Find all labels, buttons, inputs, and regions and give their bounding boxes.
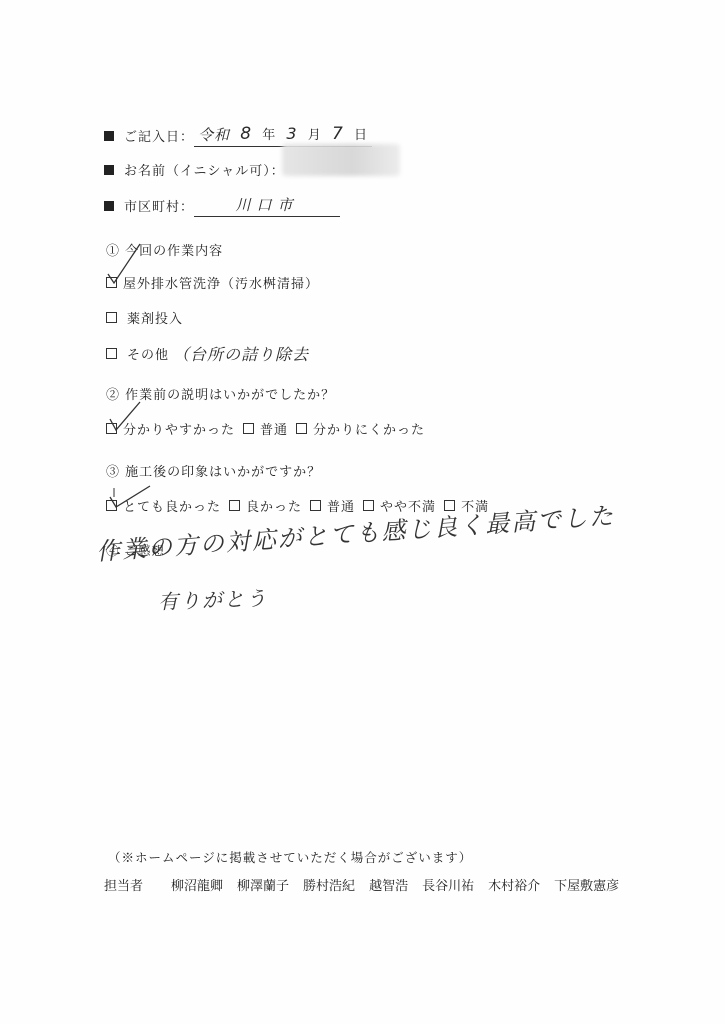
q3-option-3-label: 普通 <box>327 496 355 515</box>
checkbox-unchecked[interactable] <box>363 500 374 511</box>
bullet-square-icon <box>104 165 114 175</box>
q3-option-2-label: 良かった <box>246 496 302 515</box>
staff-name: 下屋敷憲彦 <box>554 875 619 894</box>
city-row: 市区町村： 川口市 <box>104 194 340 217</box>
date-month-unit: 月 <box>308 124 322 145</box>
q1-other-handwritten[interactable]: （台所の詰り除去 <box>173 342 309 365</box>
q4-comment-line-2[interactable]: 有りがとう <box>158 582 269 615</box>
q1-title-text: ① 今回の作業内容 <box>106 240 223 259</box>
bullet-square-icon <box>104 131 114 141</box>
q1-option-1[interactable]: 屋外排水管洗浄（汚水桝清掃） <box>106 273 319 292</box>
q3-option-3[interactable]: 普通 <box>310 496 355 515</box>
q3-title-text: ③ 施工後の印象はいかがですか？ <box>106 461 321 480</box>
q2-title: ② 作業前の説明はいかがでしたか？ <box>106 384 335 403</box>
staff-name: 木村裕介 <box>488 875 540 894</box>
q1-option-2[interactable]: 薬剤投入 <box>106 308 183 327</box>
staff-label: 担当者 <box>104 875 143 894</box>
staff-name: 柳沼龍卿 <box>171 875 223 894</box>
name-label: お名前（イニシャル可）： <box>124 160 285 179</box>
date-year: 8 <box>240 124 252 145</box>
checkbox-unchecked[interactable] <box>310 500 321 511</box>
q2-title-text: ② 作業前の説明はいかがでしたか？ <box>106 384 335 403</box>
checkbox-checked[interactable] <box>106 277 117 288</box>
checkbox-unchecked[interactable] <box>106 312 117 323</box>
q2-option-1-label: 分かりやすかった <box>123 419 235 438</box>
checkbox-checked[interactable] <box>106 423 117 434</box>
date-year-unit: 年 <box>262 124 276 145</box>
q1-title: ① 今回の作業内容 <box>106 240 223 259</box>
q3-option-1[interactable]: とても良かった <box>106 496 221 515</box>
checkbox-unchecked[interactable] <box>296 423 307 434</box>
checkbox-checked[interactable] <box>106 500 117 511</box>
city-value: 川口市 <box>236 196 299 214</box>
q3-option-2[interactable]: 良かった <box>229 496 302 515</box>
q2-option-2[interactable]: 普通 <box>243 419 288 438</box>
staff-row: 担当者 柳沼龍卿 柳澤蘭子 勝村浩紀 越智浩 長谷川祐 木村裕介 下屋敷憲彦 <box>104 875 633 894</box>
q1-option-1-label: 屋外排水管洗浄（汚水桝清掃） <box>123 273 319 292</box>
date-day: 7 <box>332 124 344 145</box>
name-field-redacted[interactable] <box>282 144 400 176</box>
q2-option-3-label: 分かりにくかった <box>313 419 425 438</box>
name-row: お名前（イニシャル可）： <box>104 160 285 179</box>
q3-title: ③ 施工後の印象はいかがですか？ <box>106 461 321 480</box>
date-era: 令和 <box>198 124 230 145</box>
bullet-square-icon <box>104 201 114 211</box>
city-label: 市区町村： <box>124 196 194 215</box>
q2-option-2-label: 普通 <box>260 419 288 438</box>
date-label: ご記入日： <box>124 126 194 145</box>
q2-options: 分かりやすかった 普通 分かりにくかった <box>106 419 433 438</box>
staff-name: 長谷川祐 <box>422 875 474 894</box>
q2-option-3[interactable]: 分かりにくかった <box>296 419 425 438</box>
checkbox-unchecked[interactable] <box>106 348 117 359</box>
q2-option-1[interactable]: 分かりやすかった <box>106 419 235 438</box>
checkbox-unchecked[interactable] <box>243 423 254 434</box>
q3-option-1-label: とても良かった <box>123 496 221 515</box>
q1-option-3[interactable]: その他 （台所の詰り除去 <box>106 342 309 365</box>
date-month: 3 <box>286 124 297 145</box>
staff-name: 勝村浩紀 <box>303 875 355 894</box>
q1-option-2-label: 薬剤投入 <box>127 308 183 327</box>
date-day-unit: 日 <box>354 124 368 145</box>
checkbox-unchecked[interactable] <box>229 500 240 511</box>
q1-option-3-label: その他 <box>127 344 169 363</box>
city-field[interactable]: 川口市 <box>194 194 340 217</box>
staff-name: 越智浩 <box>369 875 408 894</box>
staff-name: 柳澤蘭子 <box>237 875 289 894</box>
publication-note: （※ホームページに掲載させていただく場合がございます） <box>108 848 472 866</box>
survey-form-page: ご記入日： 令和 8 年 3 月 7 日 お名前（イニシャル可）： 市区町村： … <box>0 0 725 1024</box>
